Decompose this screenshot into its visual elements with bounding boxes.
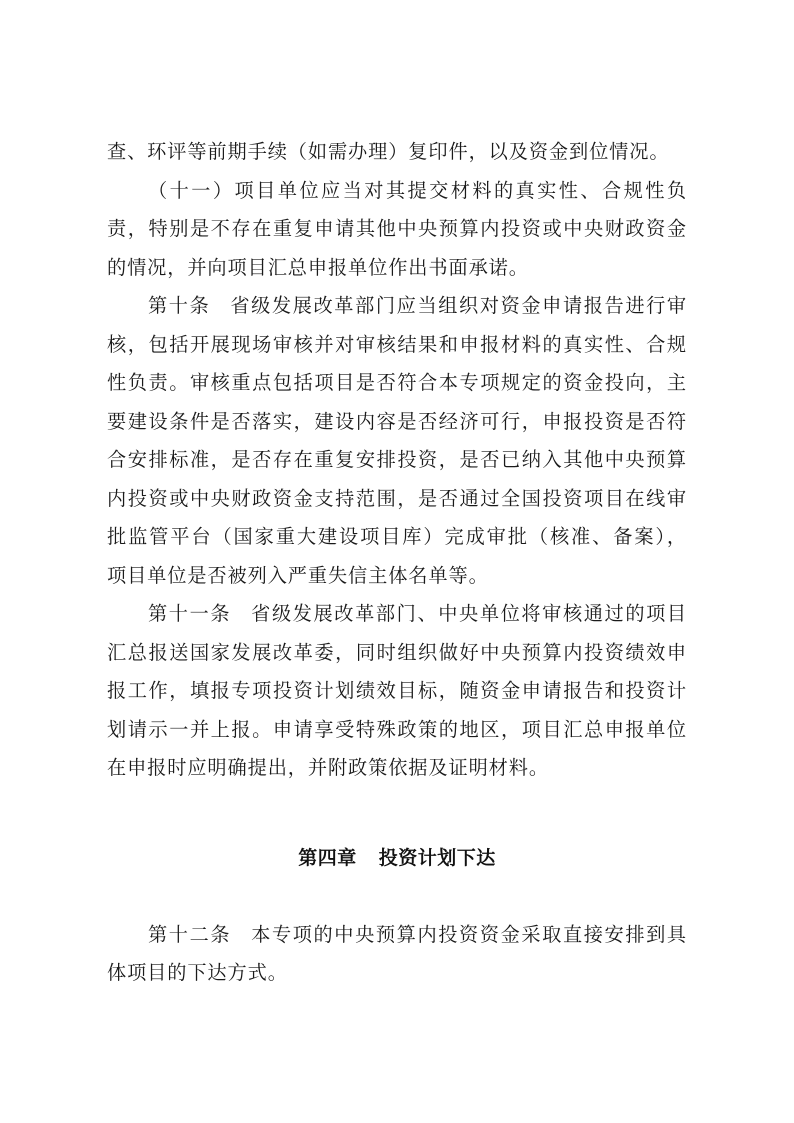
paragraph-line: 划请示一并上报。申请享受特殊政策的地区，项目汇总申报单位 [107,711,687,750]
paragraph-text: 省级发展改革部门、中央单位将审核通过的项目 [251,602,687,625]
paragraph-line: 性负责。审核重点包括项目是否符合本专项规定的资金投向，主 [107,364,687,403]
paragraph-line: 批监管平台（国家重大建设项目库）完成审批（核准、备案）， [107,518,687,557]
paragraph-line: 报工作，填报专项投资计划绩效目标，随资金申请报告和投资计 [107,672,687,711]
paragraph-line: 合安排标准，是否存在重复安排投资，是否已纳入其他中央预算 [107,441,687,480]
paragraph-line: 核，包括开展现场审核并对审核结果和申报材料的真实性、合规 [107,326,687,365]
paragraph-line: 在申报时应明确提出，并附政策依据及证明材料。 [107,749,687,788]
chapter-number: 第四章 [298,847,357,869]
article-number: 第十二条 [148,923,231,946]
chapter-heading: 第四章投资计划下达 [107,839,687,877]
paragraph-line: 项目单位是否被列入严重失信主体名单等。 [107,557,687,596]
paragraph-line: （十一）项目单位应当对其提交材料的真实性、合规性负 [107,172,687,211]
article-10-first-line: 第十条省级发展改革部门应当组织对资金申请报告进行审 [107,287,687,326]
paragraph-line: 内投资或中央财政资金支持范围，是否通过全国投资项目在线审 [107,480,687,519]
spacer [107,788,687,839]
paragraph-line: 汇总报送国家发展改革委，同时组织做好中央预算内投资绩效申 [107,634,687,673]
article-number: 第十条 [148,294,210,317]
paragraph-line: 的情况，并向项目汇总申报单位作出书面承诺。 [107,249,687,288]
spacer [107,877,687,916]
paragraph-line: 体项目的下达方式。 [107,954,687,993]
paragraph-line: 责，特别是不存在重复申请其他中央预算内投资或中央财政资金 [107,210,687,249]
paragraph-text: 省级发展改革部门应当组织对资金申请报告进行审 [230,294,687,317]
paragraph-line: 查、环评等前期手续（如需办理）复印件，以及资金到位情况。 [107,133,687,172]
article-12-first-line: 第十二条本专项的中央预算内投资资金采取直接安排到具 [107,916,687,955]
paragraph-line: 要建设条件是否落实，建设内容是否经济可行，申报投资是否符 [107,403,687,442]
document-page: 查、环评等前期手续（如需办理）复印件，以及资金到位情况。 （十一）项目单位应当对… [107,133,687,993]
article-number: 第十一条 [148,602,231,625]
article-11-first-line: 第十一条省级发展改革部门、中央单位将审核通过的项目 [107,595,687,634]
paragraph-text: 本专项的中央预算内投资资金采取直接安排到具 [251,923,687,946]
chapter-title: 投资计划下达 [379,847,496,869]
